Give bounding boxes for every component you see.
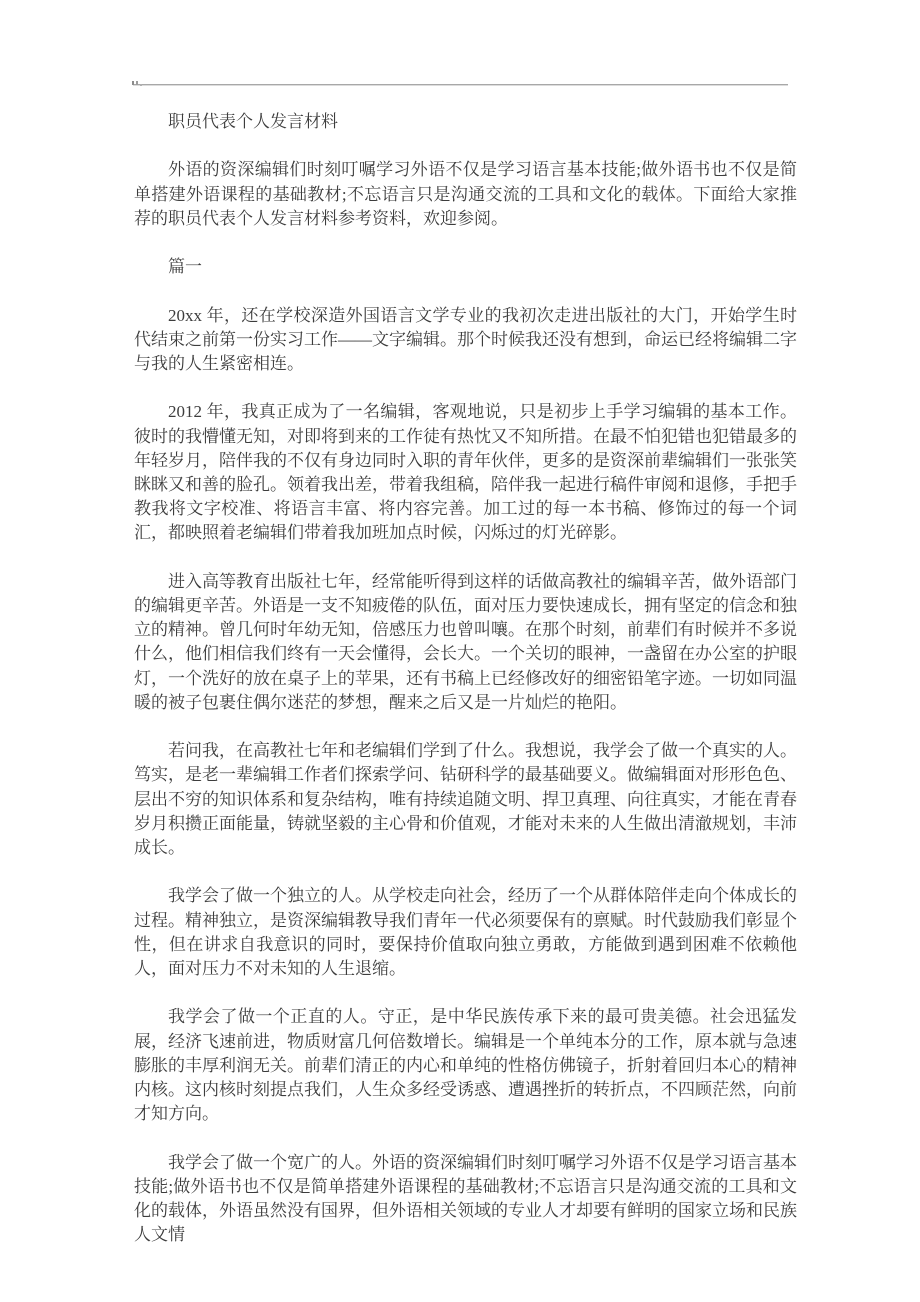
body-paragraph: 我学会了做一个独立的人。从学校走向社会，经历了一个从群体陪伴走向个体成长的过程。…: [134, 884, 797, 981]
document-title: 职员代表个人发言材料: [134, 110, 797, 134]
document-body: 职员代表个人发言材料 外语的资深编辑们时刻叮嘱学习外语不仅是学习语言基本技能;做…: [134, 110, 797, 1247]
body-paragraph: 20xx 年，还在学校深造外国语言文学专业的我初次走进出版社的大门，开始学生时代…: [134, 304, 797, 377]
section-label: 篇一: [134, 255, 797, 279]
body-paragraph: 2012 年，我真正成为了一名编辑，客观地说，只是初步上手学习编辑的基本工作。彼…: [134, 400, 797, 545]
body-paragraph: 我学会了做一个正直的人。守正，是中华民族传承下来的最可贵美德。社会迅猛发展，经济…: [134, 1005, 797, 1126]
header-separator-rule: [133, 84, 788, 86]
body-paragraph: 进入高等教育出版社七年，经常能听得到这样的话做高教社的编辑辛苦，做外语部门的编辑…: [134, 570, 797, 715]
intro-paragraph: 外语的资深编辑们时刻叮嘱学习外语不仅是学习语言基本技能;做外语书也不仅是简单搭建…: [134, 158, 797, 231]
body-paragraph: 我学会了做一个宽广的人。外语的资深编辑们时刻叮嘱学习外语不仅是学习语言基本技能;…: [134, 1151, 797, 1248]
document-page: 职员代表个人发言材料 外语的资深编辑们时刻叮嘱学习外语不仅是学习语言基本技能;做…: [0, 0, 920, 1302]
header-scan-artifact: [131, 80, 145, 87]
body-paragraph: 若问我，在高教社七年和老编辑们学到了什么。我想说，我学会了做一个真实的人。笃实，…: [134, 739, 797, 860]
